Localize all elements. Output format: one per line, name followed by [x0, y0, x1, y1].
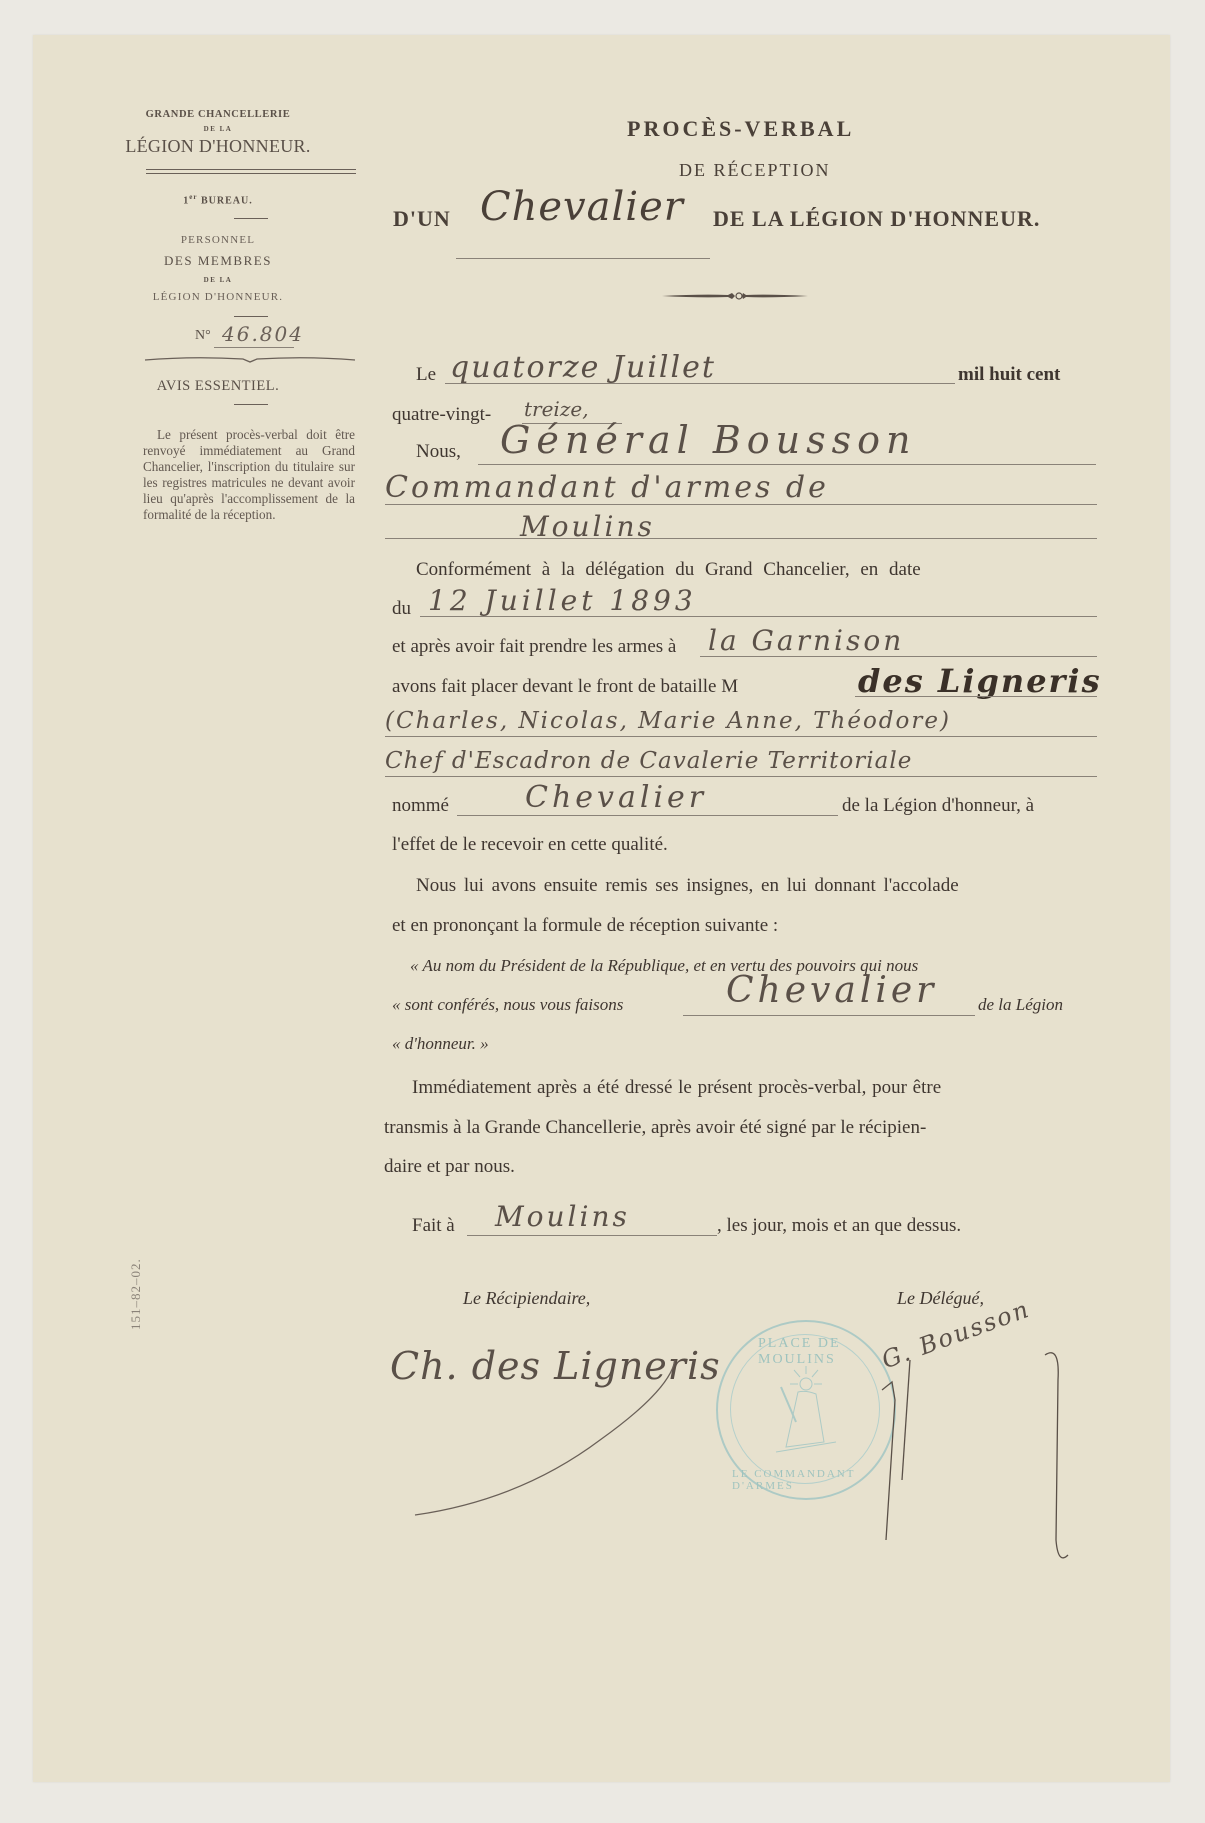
- delegate-title-underline2: [385, 538, 1097, 539]
- front-text: avons fait placer devant le front de bat…: [392, 676, 738, 698]
- notice-title: AVIS ESSENTIEL.: [113, 378, 323, 395]
- marianne-figure-icon: [766, 1362, 846, 1462]
- formula-line2-prefix: « sont conférés, nous vous faisons: [392, 995, 623, 1015]
- recipient-surname-input: des Ligneris: [858, 662, 1102, 700]
- notice-text: Le présent procès-verbal doit être renvo…: [143, 427, 355, 523]
- closing-line2: transmis à la Grande Chancellerie, après…: [384, 1117, 926, 1139]
- date-year-line2-prefix: quatre-vingt-: [392, 404, 491, 426]
- bureau-sup: er: [189, 193, 197, 201]
- personnel-line1: PERSONNEL: [113, 234, 323, 246]
- divider-dash: [234, 218, 268, 219]
- arms-value-input: la Garnison: [708, 624, 904, 657]
- recipient-surname-underline: [855, 696, 1097, 697]
- personnel-line4: LÉGION D'HONNEUR.: [113, 291, 323, 303]
- closing-line3: daire et par nous.: [384, 1156, 515, 1178]
- personnel-line3: DE LA: [113, 276, 323, 284]
- nomme-underline: [457, 815, 838, 816]
- formula-grade-input: Chevalier: [726, 970, 937, 1011]
- double-rule-top: [146, 169, 356, 170]
- title-de-reception: DE RÉCEPTION: [679, 160, 831, 181]
- double-rule-bottom: [146, 173, 356, 174]
- delegate-title-underline1: [385, 504, 1097, 505]
- number-underline: [214, 347, 294, 348]
- recipient-rank-input: Chef d'Escadron de Cavalerie Territorial…: [385, 748, 912, 774]
- nomme-label: nommé: [392, 795, 449, 817]
- nous-label: Nous,: [416, 441, 461, 463]
- personnel-line2: DES MEMBRES: [113, 253, 323, 269]
- closing-line1: Immédiatement après a été dressé le prés…: [412, 1077, 941, 1099]
- recipient-forenames-input: (Charles, Nicolas, Marie Anne, Théodore): [385, 708, 951, 734]
- stamp-bottom-text: LE COMMANDANT D'ARMES: [732, 1468, 894, 1492]
- formula-line3: « d'honneur. »: [392, 1034, 489, 1054]
- date-year-prefix: mil huit cent: [958, 364, 1060, 386]
- delegate-signature-stroke-icon: [880, 1340, 1080, 1570]
- insignia-line2: et en prononçant la formule de réception…: [392, 915, 778, 937]
- signature-flourish-icon: [400, 1350, 690, 1520]
- header-ornament-icon: [660, 290, 810, 302]
- recipient-signature-label: Le Récipiendaire,: [463, 1288, 590, 1309]
- delegation-text: Conformément à la délégation du Grand Ch…: [416, 559, 921, 581]
- bureau-text: BUREAU.: [201, 195, 253, 206]
- place-value-input: Moulins: [495, 1200, 630, 1233]
- recipient-rank-underline: [385, 776, 1097, 777]
- institution-line2: DE LA: [113, 125, 323, 133]
- delegation-date-input: 12 Juillet 1893: [428, 584, 697, 617]
- delegate-title-line1-input: Commandant d'armes de: [385, 470, 829, 505]
- registration-number: 46.804: [222, 322, 304, 346]
- title-proces-verbal: PROCÈS-VERBAL: [627, 116, 854, 142]
- divider-dash: [234, 404, 268, 405]
- effect-text: l'effet de le recevoir en cette qualité.: [392, 834, 668, 856]
- ornamental-rule-icon: [143, 354, 357, 366]
- institution-line3: LÉGION D'HONNEUR.: [113, 136, 323, 157]
- arms-text: et après avoir fait prendre les armes à: [392, 636, 676, 658]
- delegation-date-underline: [420, 616, 1097, 617]
- institution-line1: GRANDE CHANCELLERIE: [113, 109, 323, 120]
- arms-underline: [700, 656, 1097, 657]
- bureau-label: 1er BUREAU.: [113, 193, 323, 206]
- formula-grade-underline: [683, 1015, 975, 1016]
- number-label: N°: [195, 328, 211, 344]
- divider-dash: [234, 316, 268, 317]
- title-grade-underline: [456, 258, 710, 259]
- delegate-name-underline: [478, 464, 1096, 465]
- formula-line2-suffix: de la Légion: [978, 995, 1063, 1015]
- place-label: Fait à: [412, 1215, 455, 1237]
- title-suffix: DE LA LÉGION D'HONNEUR.: [713, 206, 1040, 232]
- title-grade-handwritten: Chevalier: [480, 184, 684, 230]
- margin-code: 151–82–02.: [128, 1258, 144, 1330]
- delegate-signature-label: Le Délégué,: [897, 1288, 984, 1309]
- place-suffix: , les jour, mois et an que dessus.: [717, 1215, 961, 1237]
- date-day-month-input: quatorze Juillet: [450, 350, 716, 385]
- place-underline: [467, 1235, 717, 1236]
- official-stamp: PLACE DE MOULINS LE COMMANDANT D'ARMES: [716, 1320, 896, 1500]
- date-label: Le: [416, 364, 436, 386]
- nomme-value-input: Chevalier: [525, 780, 707, 815]
- delegation-du: du: [392, 598, 411, 620]
- nomme-suffix: de la Légion d'honneur, à: [842, 795, 1034, 817]
- title-prefix: D'UN: [393, 206, 451, 232]
- delegate-name-input: Général Bousson: [500, 418, 917, 462]
- recipient-forenames-underline: [385, 736, 1097, 737]
- date-underline: [445, 383, 955, 384]
- insignia-line1: Nous lui avons ensuite remis ses insigne…: [416, 875, 959, 897]
